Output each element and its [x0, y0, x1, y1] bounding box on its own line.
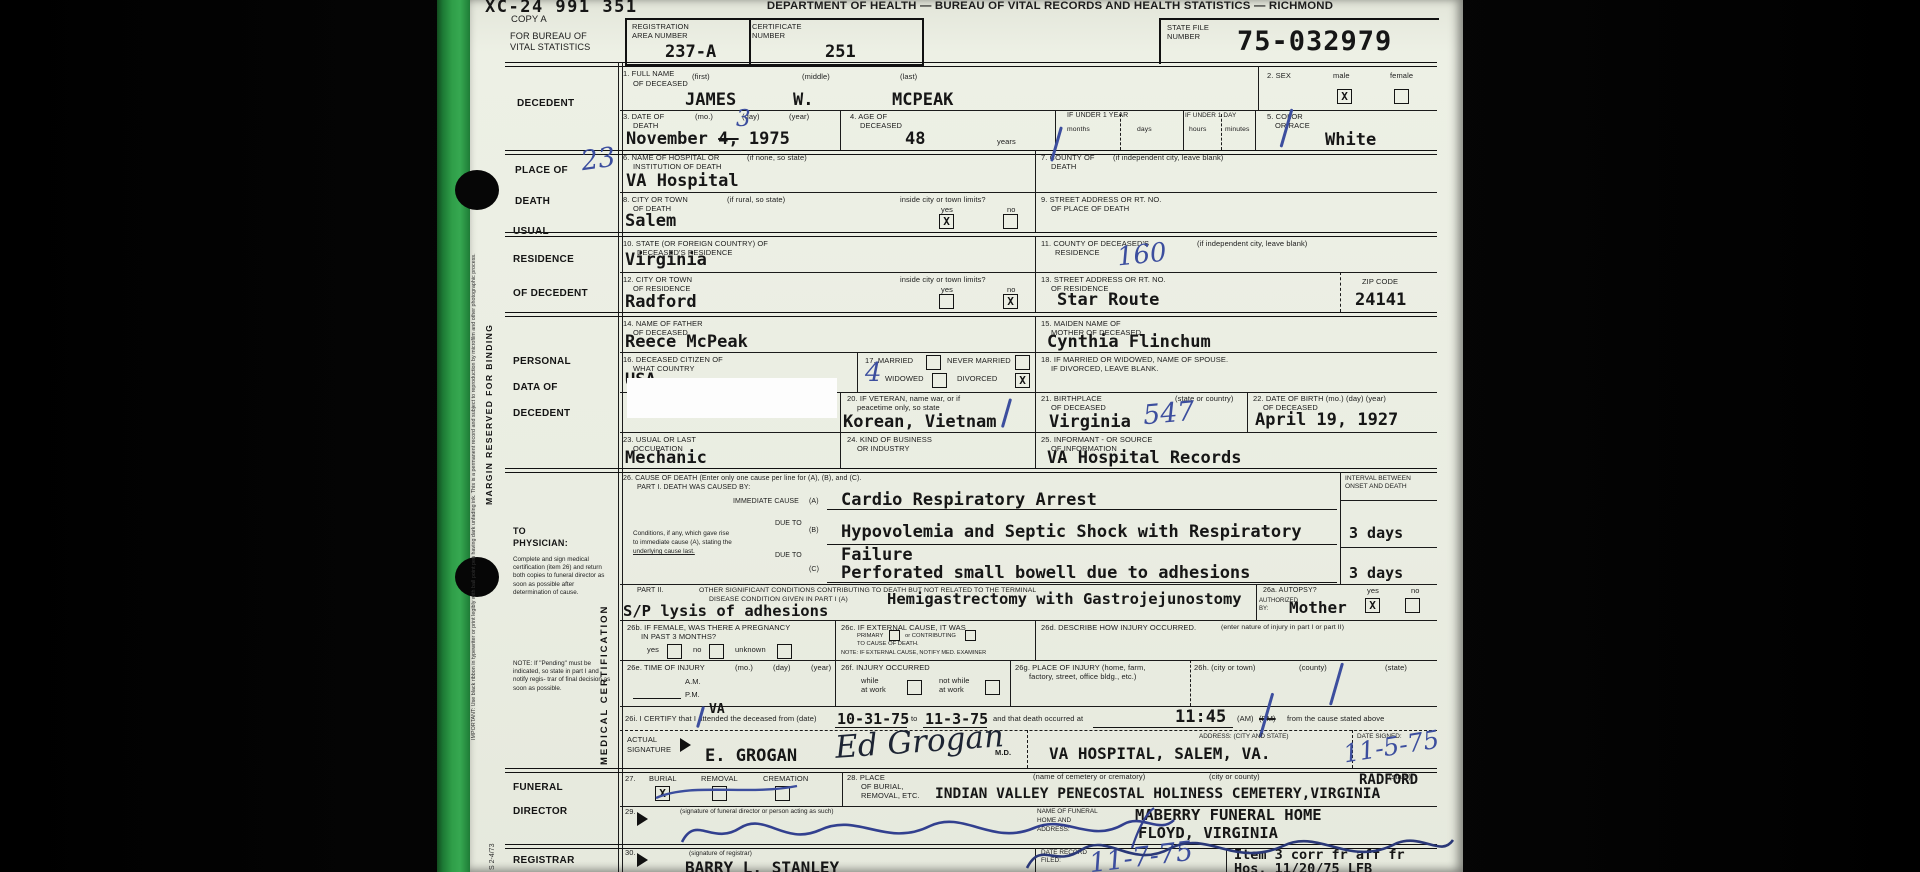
last-name-value: MCPEAK [892, 90, 953, 110]
binding-strip [437, 0, 470, 872]
certificate-number-box: CERTIFICATE NUMBER 251 [747, 18, 924, 66]
city-of-death-value: Salem [625, 211, 676, 231]
f8-yes-checkbox: X [939, 214, 954, 229]
f26e-pm-label: P.M. [685, 691, 700, 700]
signature-arrow-icon [680, 738, 691, 752]
cause-b2-value: Failure [841, 545, 913, 565]
f3-mo-label: (mo.) [695, 113, 713, 122]
f6-label1b: (if none, so state) [747, 154, 807, 163]
physician-typed-name: E. GROGAN [705, 746, 797, 766]
section-of-decedent: OF DECEDENT [513, 288, 588, 299]
section-physician: PHYSICIAN: [513, 538, 568, 548]
f26h-county-label: (county) [1299, 664, 1327, 673]
race-value: White [1325, 130, 1376, 150]
mother-name-value: Cynthia Flinchum [1047, 332, 1211, 352]
actual-label: ACTUAL [627, 736, 657, 745]
birthplace-value: Virginia [1049, 412, 1131, 432]
signature-label: SIGNATURE [627, 746, 671, 755]
under-1-year-label: IF UNDER 1 YEAR [1067, 112, 1128, 120]
f26b-yes-label: yes [647, 646, 659, 655]
f26b-unknown-label: unknown [735, 646, 766, 655]
section-place-of: PLACE OF [515, 165, 568, 176]
f26-cond2: to immediate cause (A), stating the [633, 539, 732, 547]
f3-year-label: (year) [789, 113, 809, 122]
f26c-label: 26c. IF EXTERNAL CAUSE, IT WAS [841, 624, 966, 633]
middle-name-value: W. [793, 90, 813, 110]
interval-c-value: 3 days [1349, 564, 1403, 582]
female-checkbox [1394, 89, 1409, 104]
f8-no-checkbox [1003, 214, 1018, 229]
form-number: S 2-4/73 [489, 800, 496, 870]
f26h-state-label: (state) [1385, 664, 1407, 673]
cause-b-value: Hypovolemia and Septic Shock with Respir… [841, 522, 1302, 542]
zip-value: 24141 [1355, 290, 1406, 310]
contributing-checkbox [965, 630, 976, 641]
residence-state-value: Virginia [625, 250, 707, 270]
f26-cond1: Conditions, if any, which gave rise [633, 530, 729, 538]
f26-due-to1: DUE TO [775, 520, 802, 528]
f26a-label: 26a. AUTOPSY? [1263, 587, 1317, 595]
autopsy-no-checkbox [1405, 598, 1420, 613]
zip-label: ZIP CODE [1362, 278, 1398, 287]
f26-immediate-label: IMMEDIATE CAUSE [733, 498, 799, 506]
f8-label1b: (if rural, so state) [727, 196, 785, 205]
veteran-value: Korean, Vietnam [843, 412, 997, 432]
months-label: months [1067, 126, 1090, 134]
copy-label: COPY A [511, 15, 547, 26]
physician-address-value: VA HOSPITAL, SALEM, VA. [1049, 744, 1271, 763]
state-file-value: 75-032979 [1237, 26, 1392, 57]
redaction-box-field19 [627, 378, 837, 418]
f26-a-label: (A) [809, 498, 819, 506]
minutes-label: minutes [1225, 126, 1250, 134]
f11-label2: RESIDENCE [1055, 249, 1100, 258]
f7-label2: DEATH [1051, 163, 1076, 172]
death-day-struck: 4, [718, 129, 738, 149]
cemetery-value: INDIAN VALLEY PENECOSTAL HOLINESS CEMETE… [935, 786, 1380, 802]
f26c-label2: TO CAUSE OF DEATH. [857, 641, 919, 648]
handwritten-160: 160 [1116, 237, 1169, 272]
f1-first-label: (first) [692, 73, 710, 82]
f8-limits-label: inside city or town limits? [900, 196, 986, 205]
pending-note: NOTE: If "Pending" must be indicated, so… [513, 660, 611, 693]
f1-label: 1. FULL NAME [623, 70, 674, 79]
pregnancy-no-checkbox [709, 644, 724, 659]
certificate-label2: NUMBER [752, 32, 785, 41]
f26a-no-label: no [1411, 587, 1420, 596]
hole-punch-bottom [455, 557, 499, 597]
cause-c-value: Perforated small bowell due to adhesions [841, 563, 1250, 583]
state-file-box: STATE FILE NUMBER 75-032979 [1159, 18, 1439, 64]
address-label: ADDRESS: (CITY AND STATE) [1199, 733, 1288, 741]
f12-limits-label: inside city or town limits? [900, 276, 986, 285]
primary-checkbox [889, 630, 900, 641]
certify-to-label: to [911, 715, 917, 724]
injury-while-at-work-checkbox [907, 680, 922, 695]
days-label: days [1137, 126, 1152, 134]
handwritten-547: 547 [1142, 396, 1196, 431]
f26b-label2: IN PAST 3 MONTHS? [641, 633, 716, 642]
f26f-label: 26f. INJURY OCCURRED [841, 664, 930, 673]
death-month: November [626, 129, 708, 149]
certify-label: 26i. I CERTIFY that I attended the decea… [625, 715, 817, 724]
death-date-value: November 4, 1975 [626, 129, 790, 149]
birth-date-value: April 19, 1927 [1255, 410, 1398, 430]
autopsy-authorized-value: Mother [1289, 598, 1347, 617]
section-decedent2: DECEDENT [513, 408, 570, 419]
screenshot-stage: IMPORTANT: Use black ribbon in typewrite… [0, 0, 1920, 872]
residence-city-value: Radford [625, 292, 697, 312]
f26d-label2: (enter nature of injury in part I or par… [1221, 624, 1344, 632]
department-title: DEPARTMENT OF HEALTH — BUREAU OF VITAL R… [720, 0, 1380, 13]
f17-divorced-label: DIVORCED [957, 375, 997, 384]
bureau-line2: VITAL STATISTICS [510, 42, 590, 53]
f2-male-label: male [1333, 72, 1350, 81]
f2-female-label: female [1390, 72, 1413, 81]
f26-header: 26. CAUSE OF DEATH (Enter only one cause… [623, 475, 862, 483]
age-value: 48 [905, 129, 925, 149]
f1-label2: OF DECEASED [633, 80, 688, 89]
death-time-value: 11:45 [1175, 707, 1226, 727]
handwritten-23: 23 [579, 142, 617, 177]
f30-number: 30. [625, 849, 636, 858]
f26b-no-label: no [693, 646, 702, 655]
registration-value: 237-A [665, 42, 716, 62]
f2-label: 2. SEX [1267, 72, 1291, 81]
f7-label1b: (if independent city, leave blank) [1113, 154, 1223, 163]
f26e-day-label: (day) [773, 664, 791, 673]
cause-a-value: Cardio Respiratory Arrest [841, 490, 1097, 510]
registrar-signature [997, 824, 1457, 872]
f26g-label2: factory, street, office bldg., etc.) [1029, 673, 1137, 682]
f26-part1: PART I. DEATH WAS CAUSED BY: [637, 484, 750, 492]
section-usual: USUAL [513, 226, 549, 237]
f18-label2: IF DIVORCED, LEAVE BLANK. [1051, 365, 1158, 374]
f26h-city-label: 26h. (city or town) [1194, 664, 1256, 673]
autopsy-yes-checkbox: X [1365, 598, 1380, 613]
f26e-mo-label: (mo.) [735, 664, 753, 673]
hole-punch-top [455, 170, 499, 210]
informant-value: VA Hospital Records [1047, 448, 1241, 468]
f26-c-label: (C) [809, 566, 819, 574]
f26d-label: 26d. DESCRIBE HOW INJURY OCCURRED. [1041, 624, 1196, 633]
section-residence: RESIDENCE [513, 254, 574, 265]
f12-no-checkbox: X [1003, 294, 1018, 309]
certify-label2: and that death occurred at [993, 715, 1083, 724]
hospital-value: VA Hospital [626, 171, 739, 191]
death-day-handwritten: 3 [736, 106, 751, 132]
f30-signature-label: (signature of registrar) [689, 850, 752, 858]
part2-value2: S/P lysis of adhesions [623, 602, 828, 620]
age-unit: years [997, 138, 1016, 147]
bureau-line1: FOR BUREAU OF [510, 31, 587, 42]
f26-due-to2: DUE TO [775, 552, 802, 560]
male-checkbox: X [1337, 89, 1352, 104]
f5-label2: OR RACE [1275, 122, 1310, 131]
cemetery-city-value: RADFORD [1359, 772, 1418, 788]
father-name-value: Reece McPeak [625, 332, 748, 352]
death-certificate-sheet: IMPORTANT: Use black ribbon in typewrite… [437, 0, 1463, 872]
f26e-am-label: A.M. [685, 678, 701, 687]
interval-label1: INTERVAL BETWEEN [1345, 475, 1411, 483]
occupation-value: Mechanic [625, 448, 707, 468]
f26f-atwork2-label: at work [939, 686, 964, 695]
section-decedent: DECEDENT [517, 98, 574, 109]
f28-cemetery-label: (name of cemetery or crematory) [1033, 773, 1145, 782]
injury-not-while-at-work-checkbox [985, 680, 1000, 695]
death-year: 1975 [749, 129, 790, 149]
f26c-contributing-label: or CONTRIBUTING [905, 633, 956, 640]
f26c-note: NOTE: IF EXTERNAL CAUSE, NOTIFY MED. EXA… [841, 650, 986, 657]
f26-cond3: underlying cause last. [633, 548, 695, 556]
state-file-label2: NUMBER [1167, 33, 1200, 42]
pregnancy-yes-checkbox [667, 644, 682, 659]
f17-never-label: NEVER MARRIED [947, 357, 1011, 366]
section-registrar: REGISTRAR [513, 855, 575, 866]
section-personal: PERSONAL [513, 356, 571, 367]
f26e-label: 26e. TIME OF INJURY [627, 664, 705, 673]
hours-label: hours [1189, 126, 1207, 134]
f4-label2: DECEASED [860, 122, 902, 131]
f26a-yes-label: yes [1367, 587, 1379, 596]
certify-am-label: (AM) [1237, 715, 1254, 724]
street-address-value: Star Route [1057, 290, 1159, 310]
interval-label2: ONSET AND DEATH [1345, 483, 1407, 491]
certify-label3: from the cause stated above [1287, 715, 1384, 724]
f24-label2: OR INDUSTRY [857, 445, 910, 454]
f26a-auth2: BY: [1259, 606, 1268, 614]
certificate-value: 251 [825, 42, 856, 62]
f26c-primary-label: PRIMARY [857, 633, 883, 640]
widowed-checkbox [932, 373, 947, 388]
under-1-day-label: IF UNDER 1 DAY [1185, 112, 1236, 119]
divorced-checkbox: X [1015, 373, 1030, 388]
interval-b-value: 3 days [1349, 524, 1403, 542]
f29-number: 29. [625, 808, 636, 817]
physician-note: Complete and sign medical certification … [513, 556, 611, 597]
f27-number: 27. [625, 775, 636, 784]
pregnancy-unknown-checkbox [777, 644, 792, 659]
f30-arrow-icon [637, 853, 648, 867]
section-to: TO [513, 526, 526, 536]
f1-last-label: (last) [900, 73, 917, 82]
f28-city-label: (city or county) [1209, 773, 1260, 782]
first-name-value: JAMES [685, 90, 736, 110]
registration-area-box: REGISTRATION AREA NUMBER 237-A [625, 18, 751, 66]
part2-value1: Hemigastrectomy with Gastrojejunostomy [887, 590, 1242, 608]
margin-important-note: IMPORTANT: Use black ribbon in typewrite… [471, 140, 477, 740]
section-data-of: DATA OF [513, 382, 558, 393]
margin-binding-label: MARGIN RESERVED FOR BINDING [484, 235, 494, 505]
f1-middle-label: (middle) [802, 73, 830, 82]
registration-label2: AREA NUMBER [632, 32, 688, 41]
section-medical-certification: MEDICAL CERTIFICATION [599, 480, 610, 765]
section-director: DIRECTOR [513, 806, 567, 817]
f26-part2-label: PART II. [637, 587, 663, 595]
f26f-atwork-label: at work [861, 686, 886, 695]
registrar-typed-name: BARRY L. STANLEY [685, 858, 839, 872]
section-death: DEATH [515, 196, 550, 207]
never-married-checkbox [1015, 355, 1030, 370]
f17-widowed-label: WIDOWED [885, 375, 924, 384]
f9-label2: OF PLACE OF DEATH [1051, 205, 1129, 214]
section-funeral: FUNERAL [513, 782, 563, 793]
f26-b-label: (B) [809, 527, 819, 535]
f11-label1b: (if independent city, leave blank) [1197, 240, 1307, 249]
file-stamp: XC-24 991 351 [485, 0, 638, 17]
certify-pm-struck: (PM) [1259, 715, 1276, 724]
burial-scrawl [652, 778, 802, 804]
married-checkbox [926, 355, 941, 370]
f26e-year-label: (year) [811, 664, 831, 673]
handwritten-4: 4 [865, 358, 882, 388]
f29-arrow-icon [637, 812, 648, 826]
f12-yes-checkbox [939, 294, 954, 309]
f28-label3: REMOVAL, ETC. [861, 792, 920, 801]
md-label: M.D. [995, 749, 1011, 758]
